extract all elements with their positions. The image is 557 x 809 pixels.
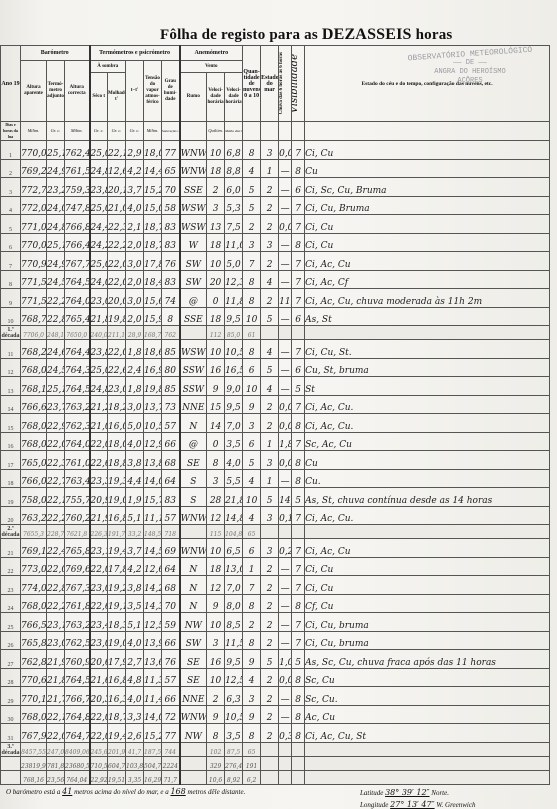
table-row: 28770,621,8764,521,616,84,811,357SE1012,…: [1, 668, 550, 687]
cell-t: 22,4: [47, 539, 65, 558]
cell-vis: 8: [292, 724, 305, 743]
summary-cell: [180, 756, 207, 770]
baro-height: 41: [62, 787, 72, 796]
summary-cell: [261, 326, 279, 340]
lat-label: Latitude: [360, 789, 383, 797]
cell-tens: 17,8: [144, 252, 162, 271]
cell-corr: 762,5: [65, 631, 90, 650]
cell-t: 25,1: [47, 233, 65, 252]
cell-rumo: NW: [180, 613, 207, 632]
table-row: 11768,224,6764,423,822,01,818,685WSW1010…: [1, 340, 550, 359]
summary-cell: 228,7: [47, 525, 65, 539]
summary-cell: 104,8: [225, 525, 243, 539]
cell-tens: 11,3: [144, 668, 162, 687]
cell-hum: 83: [162, 233, 180, 252]
cell-seco: 24,8: [90, 377, 108, 396]
cell-tens: 11,4: [144, 687, 162, 706]
summary-cell: 504,7: [144, 756, 162, 770]
cell-v1: 8: [207, 451, 225, 470]
cell-tens: 15,6: [144, 289, 162, 308]
cell-tens: 11,1: [144, 506, 162, 525]
cell-t: 25,1: [47, 377, 65, 396]
sky-description: Ci, Ac, Cu.: [305, 506, 550, 525]
cell-seco: 25,0: [90, 358, 108, 377]
cell-molh: 19,3: [108, 469, 126, 488]
cell-t: 24,0: [47, 196, 65, 215]
cell-mar: 2: [261, 215, 279, 234]
register-sheet: Fôlha de registo para as DEZASSEIS horas…: [0, 0, 557, 809]
day-cell: 25: [1, 613, 21, 632]
day-cell: 4: [1, 196, 21, 215]
cell-rumo: WSW: [180, 340, 207, 359]
summary-cell: 41,7: [126, 742, 144, 756]
summary-cell: 23819,90: [21, 756, 47, 770]
cell-molh: 22,0: [108, 252, 126, 271]
sky-description: Ci, Ac, Cu.: [305, 395, 550, 414]
cell-diff: 4,4: [126, 469, 144, 488]
summary-cell: 148,5: [144, 525, 162, 539]
cell-mar: 4: [261, 270, 279, 289]
cell-t: 23,1: [47, 613, 65, 632]
cell-vis: 6: [292, 307, 305, 326]
cell-diff: 5,0: [126, 414, 144, 433]
cell-t: 22,9: [47, 414, 65, 433]
cell-hum: 57: [162, 668, 180, 687]
sky-description: Ci, Cu, St.: [305, 340, 550, 359]
day-cell: 26: [1, 631, 21, 650]
summary-cell: 33,2: [126, 525, 144, 539]
cell-alt: 758,0: [21, 488, 47, 507]
cell-v1: 9: [207, 377, 225, 396]
cell-corr: 763,4: [65, 469, 90, 488]
cell-mar: 2: [261, 557, 279, 576]
cell-mar: 1: [261, 159, 279, 178]
cell-nuv: 2: [243, 215, 261, 234]
cell-rumo: SE: [180, 668, 207, 687]
summary-cell: 28,9: [126, 326, 144, 340]
cell-tens: 18,7: [144, 215, 162, 234]
cell-corr: 762,4: [65, 141, 90, 160]
summary-cell: 191: [243, 756, 261, 770]
cell-vis: 7: [292, 196, 305, 215]
cell-vis: 5: [292, 377, 305, 396]
cell-diff: 4,2: [126, 557, 144, 576]
table-row: 27762,821,9760,920,617,92,713,676SE169,5…: [1, 650, 550, 669]
day-cell: 20: [1, 506, 21, 525]
cell-v1: 10: [207, 613, 225, 632]
cell-hum: 8: [162, 307, 180, 326]
table-row: 6770,025,1766,424,222,22,018,783W1811,03…: [1, 233, 550, 252]
cell-tens: 15,2: [144, 178, 162, 197]
cell-mar: 3: [261, 141, 279, 160]
cell-chuva: —: [279, 576, 292, 595]
cell-diff: 4,0: [126, 196, 144, 215]
cell-alt: 773,0: [21, 557, 47, 576]
cell-hum: 76: [162, 252, 180, 271]
sky-description: Sc, Cu.: [305, 687, 550, 706]
day-cell: 3: [1, 178, 21, 197]
cell-alt: 771,5: [21, 289, 47, 308]
cell-seco: 22,0: [90, 432, 108, 451]
day-cell: 27: [1, 650, 21, 669]
cell-molh: 16,0: [108, 414, 126, 433]
cell-chuva: 0,0: [279, 215, 292, 234]
sky-description: Cu: [305, 451, 550, 470]
cell-nuv: 7: [243, 576, 261, 595]
cell-v1: 18: [207, 557, 225, 576]
cell-chuva: 0,0: [279, 668, 292, 687]
cell-seco: 20,9: [90, 488, 108, 507]
cell-chuva: 0,1: [279, 506, 292, 525]
cell-rumo: @: [180, 432, 207, 451]
cell-tens: 18,7: [144, 233, 162, 252]
sky-description: As, St: [305, 307, 550, 326]
header-days: Dias e horas da lua: [1, 122, 21, 141]
summary-cell: [279, 742, 292, 756]
cell-vis: 6: [292, 358, 305, 377]
cell-v1: 18: [207, 307, 225, 326]
lat-dir: Norte.: [431, 789, 449, 797]
cell-v2: 3,5: [225, 432, 243, 451]
cell-hum: 68: [162, 576, 180, 595]
day-cell: 23: [1, 576, 21, 595]
summary-cell: [292, 770, 305, 784]
summary-cell: 248,1: [47, 326, 65, 340]
header-altura-aparente: Altura aparente: [21, 61, 47, 122]
cell-v2: 5,3: [225, 196, 243, 215]
cell-corr: 755,7: [65, 488, 90, 507]
cell-v1: 12: [207, 576, 225, 595]
cell-molh: 18,7: [108, 705, 126, 724]
title-prefix: Fôlha de registo para as: [160, 27, 318, 43]
baro-text2: metros acima do nível do mar, e a: [74, 788, 169, 796]
summary-cell: 65: [243, 742, 261, 756]
day-cell: 13: [1, 377, 21, 396]
cell-nuv: 6: [243, 539, 261, 558]
cell-seco: 25,0: [90, 196, 108, 215]
summary-row: 1.ª década7706,0248,17650,0240,0211,128,…: [1, 326, 550, 340]
cell-mar: 2: [261, 668, 279, 687]
cell-rumo: N: [180, 594, 207, 613]
cell-v1: 9: [207, 594, 225, 613]
cell-hum: 83: [162, 488, 180, 507]
cell-rumo: S: [180, 488, 207, 507]
cell-mar: 4: [261, 340, 279, 359]
cell-mar: 1: [261, 432, 279, 451]
cell-tens: 18,4: [144, 270, 162, 289]
cell-hum: 76: [162, 650, 180, 669]
cell-vis: 7: [292, 613, 305, 632]
header-anemometro: Anemómetro: [180, 46, 243, 61]
table-row: 7770,924,9767,725,022,03,017,876SW105,07…: [1, 252, 550, 271]
summary-cell: 8457,55: [21, 742, 47, 756]
cell-t: 24,9: [47, 159, 65, 178]
cell-rumo: NW: [180, 724, 207, 743]
cell-mar: 2: [261, 631, 279, 650]
cell-v1: 20: [207, 270, 225, 289]
summary-cell: [180, 742, 207, 756]
cell-tens: 18,6: [144, 340, 162, 359]
cell-tens: 14,2: [144, 576, 162, 595]
summary-cell: 103,8: [126, 756, 144, 770]
cell-hum: 83: [162, 215, 180, 234]
cell-nuv: 8: [243, 289, 261, 308]
sky-description: Ci, Cu: [305, 141, 550, 160]
summary-cell: 762: [162, 326, 180, 340]
cell-chuva: 0,0: [279, 451, 292, 470]
day-cell: 19: [1, 488, 21, 507]
summary-cell: [305, 326, 550, 340]
cell-v1: 3: [207, 469, 225, 488]
summary-label: [1, 770, 21, 784]
cell-hum: 68: [162, 451, 180, 470]
sky-description: Cf, Cu: [305, 594, 550, 613]
table-row: 4772,024,0747,825,021,04,015,058WSW35,35…: [1, 196, 550, 215]
cell-v2: 10,5: [225, 705, 243, 724]
lat-value: 38° 39′ 12″: [385, 788, 429, 797]
cell-nuv: 6: [243, 358, 261, 377]
summary-cell: 2224: [162, 756, 180, 770]
cell-v1: 18: [207, 233, 225, 252]
cell-molh: 19,8: [108, 307, 126, 326]
cell-seco: 20,3: [90, 687, 108, 706]
cell-seco: 22,0: [90, 724, 108, 743]
header-year: Ano 19: [1, 46, 21, 122]
cell-t: 24,6: [47, 340, 65, 359]
cell-molh: 22,3: [108, 215, 126, 234]
table-row: 8771,524,5764,524,022,02,018,483SW2012,3…: [1, 270, 550, 289]
cell-v2: 14,8: [225, 506, 243, 525]
cell-vis: 8: [292, 414, 305, 433]
cell-molh: 20,0: [108, 289, 126, 308]
cell-t: 22,8: [47, 576, 65, 595]
cell-mar: 5: [261, 488, 279, 507]
cell-diff: 2,0: [126, 270, 144, 289]
cell-v1: 28: [207, 488, 225, 507]
cell-mar: 3: [261, 451, 279, 470]
coordinates: Latitude 38° 39′ 12″ Norte. Longitude 27…: [360, 787, 475, 809]
cell-seco: 22,0: [90, 705, 108, 724]
cell-molh: 22,6: [108, 358, 126, 377]
cell-seco: 21,2: [90, 395, 108, 414]
summary-label: 3.ª década: [1, 742, 21, 756]
cell-alt: 772,7: [21, 178, 47, 197]
cell-chuva: —: [279, 557, 292, 576]
table-row: 18766,022,7763,423,319,34,414,064S35,541…: [1, 469, 550, 488]
cell-alt: 768,0: [21, 358, 47, 377]
lon-value: 27° 13′ 47″: [390, 800, 434, 809]
unit-gc: Gr. c.: [126, 122, 144, 141]
cell-alt: 766,6: [21, 395, 47, 414]
cell-molh: 22,1: [108, 141, 126, 160]
cell-nuv: 3: [243, 414, 261, 433]
cell-corr: 761,8: [65, 594, 90, 613]
lon-dir: W. Greenwich: [436, 801, 475, 809]
cell-chuva: —: [279, 613, 292, 632]
header-visibilidade: Visibilidade: [292, 54, 298, 113]
summary-cell: 226,3: [90, 525, 108, 539]
cell-diff: 3,0: [126, 252, 144, 271]
cell-tens: 16,9: [144, 358, 162, 377]
cell-corr: 763,2: [65, 395, 90, 414]
cell-seco: 25,0: [90, 252, 108, 271]
table-row: 22773,022,0769,622,017,84,212,664N1813,0…: [1, 557, 550, 576]
header-chuva: Chuva das 6 horas às 6 horas: [279, 52, 285, 114]
unit-mm: Milim.: [21, 122, 47, 141]
table-row: 13768,125,1764,524,823,01,819,885SSW99,0…: [1, 377, 550, 396]
day-cell: 5: [1, 215, 21, 234]
sky-description: Ci, Ac, Cu: [305, 539, 550, 558]
cell-hum: 58: [162, 196, 180, 215]
cell-rumo: WNW: [180, 506, 207, 525]
cell-nuv: 4: [243, 469, 261, 488]
cell-t: 24,5: [47, 358, 65, 377]
cell-mar: 2: [261, 196, 279, 215]
cell-nuv: 8: [243, 631, 261, 650]
summary-cell: 240,0: [90, 326, 108, 340]
cell-hum: 85: [162, 377, 180, 396]
cell-tens: 18,0: [144, 141, 162, 160]
cell-mar: 5: [261, 307, 279, 326]
cell-tens: 14,0: [144, 705, 162, 724]
cell-hum: 77: [162, 141, 180, 160]
table-row: 30768,022,1764,822,018,73,314,072WNW910,…: [1, 705, 550, 724]
cell-vis: 7: [292, 432, 305, 451]
day-cell: 7: [1, 252, 21, 271]
header-seco: Sêco t: [90, 73, 108, 122]
cell-v1: 16: [207, 650, 225, 669]
cell-vis: 7: [292, 539, 305, 558]
cell-molh: 19,0: [108, 488, 126, 507]
cell-corr: 764,7: [65, 724, 90, 743]
title-suffix: horas: [416, 27, 453, 43]
cell-hum: 72: [162, 705, 180, 724]
sky-description: Cu.: [305, 469, 550, 488]
cell-v2: 5,5: [225, 469, 243, 488]
sky-description: Ci, Ac, Cu, St: [305, 724, 550, 743]
cell-nuv: 4: [243, 668, 261, 687]
summary-cell: 10,6: [207, 770, 225, 784]
day-cell: 21: [1, 539, 21, 558]
cell-seco: 22,6: [90, 594, 108, 613]
cell-alt: 765,8: [21, 631, 47, 650]
cell-nuv: 9: [243, 705, 261, 724]
cell-mar: 5: [261, 358, 279, 377]
cell-t: 22,1: [47, 705, 65, 724]
sky-description: Ci, Cu: [305, 233, 550, 252]
cell-alt: 766,5: [21, 613, 47, 632]
summary-cell: 201,9: [108, 742, 126, 756]
cell-corr: 762,3: [65, 414, 90, 433]
summary-cell: [305, 756, 550, 770]
cell-corr: 766,4: [65, 233, 90, 252]
cell-t: 24,9: [47, 252, 65, 271]
table-row: 29770,121,7766,720,316,34,011,466NNE26,3…: [1, 687, 550, 706]
cell-rumo: WNW: [180, 141, 207, 160]
cell-vis: 8: [292, 668, 305, 687]
summary-cell: [261, 525, 279, 539]
header-barometro: Barómetro: [21, 46, 90, 61]
cell-diff: 5,1: [126, 613, 144, 632]
cell-vis: 8: [292, 469, 305, 488]
cell-hum: 70: [162, 594, 180, 613]
summary-cell: [305, 525, 550, 539]
header-a-sombra: À sombra: [90, 61, 126, 73]
cell-nuv: 7: [243, 252, 261, 271]
cell-nuv: 6: [243, 432, 261, 451]
cell-molh: 19,0: [108, 631, 126, 650]
cell-molh: 19,1: [108, 594, 126, 613]
cell-hum: 83: [162, 270, 180, 289]
table-row: 10768,722,8765,421,819,82,015,98SSE189,5…: [1, 307, 550, 326]
summary-cell: 247,0: [47, 742, 65, 756]
cell-t: 22,2: [47, 594, 65, 613]
cell-v2: 7,5: [225, 215, 243, 234]
cell-v2: 9,0: [225, 377, 243, 396]
cell-v2: 8,8: [225, 159, 243, 178]
cell-molh: 20,1: [108, 178, 126, 197]
cell-rumo: SSE: [180, 307, 207, 326]
cell-rumo: SW: [180, 631, 207, 650]
cell-seco: 25,0: [90, 141, 108, 160]
cell-seco: 24,4: [90, 215, 108, 234]
cell-tens: 13,7: [144, 395, 162, 414]
header-estado-mar: Estado do mar: [261, 46, 279, 122]
unit-mm: Milim.: [144, 122, 162, 141]
table-row: 5771,024,8766,824,422,32,118,783WSW137,5…: [1, 215, 550, 234]
cell-vis: 7: [292, 270, 305, 289]
summary-cell: [279, 525, 292, 539]
cell-chuva: 0,0: [279, 395, 292, 414]
barometer-note: O barómetro está a 41 metros acima do ní…: [6, 787, 245, 796]
summary-cell: [180, 770, 207, 784]
cell-seco: 23,3: [90, 469, 108, 488]
cell-t: 21,8: [47, 668, 65, 687]
cell-tens: 12,9: [144, 432, 162, 451]
cell-corr: 760,9: [65, 650, 90, 669]
summary-cell: 191,7: [108, 525, 126, 539]
cell-nuv: 8: [243, 340, 261, 359]
cell-seco: 24,8: [90, 159, 108, 178]
cell-t: 21,7: [47, 687, 65, 706]
summary-cell: 19,51: [108, 770, 126, 784]
cell-vis: 5: [292, 488, 305, 507]
cell-mar: 5: [261, 650, 279, 669]
cell-corr: 764,4: [65, 340, 90, 359]
cell-tens: 12,6: [144, 557, 162, 576]
cell-tens: 14,3: [144, 594, 162, 613]
cell-v1: 10: [207, 539, 225, 558]
cell-molh: 17,9: [108, 650, 126, 669]
cell-corr: 767,3: [65, 576, 90, 595]
cell-v2: 7,0: [225, 576, 243, 595]
header-estado-ceu: Estado do céu e do tempo, configuração d…: [305, 46, 550, 122]
cell-diff: 1,8: [126, 340, 144, 359]
summary-cell: [292, 326, 305, 340]
cell-v1: 10: [207, 668, 225, 687]
cell-hum: 70: [162, 178, 180, 197]
cell-molh: 21,0: [108, 196, 126, 215]
cell-vis: 8: [292, 159, 305, 178]
summary-cell: 61: [243, 326, 261, 340]
summary-cell: [180, 525, 207, 539]
cell-rumo: WNW: [180, 539, 207, 558]
cell-diff: 5,1: [126, 506, 144, 525]
cell-tens: 14,5: [144, 539, 162, 558]
summary-cell: 276,4: [225, 756, 243, 770]
unit-km: Quilóm.: [207, 122, 225, 141]
summary-cell: 71,7: [162, 770, 180, 784]
